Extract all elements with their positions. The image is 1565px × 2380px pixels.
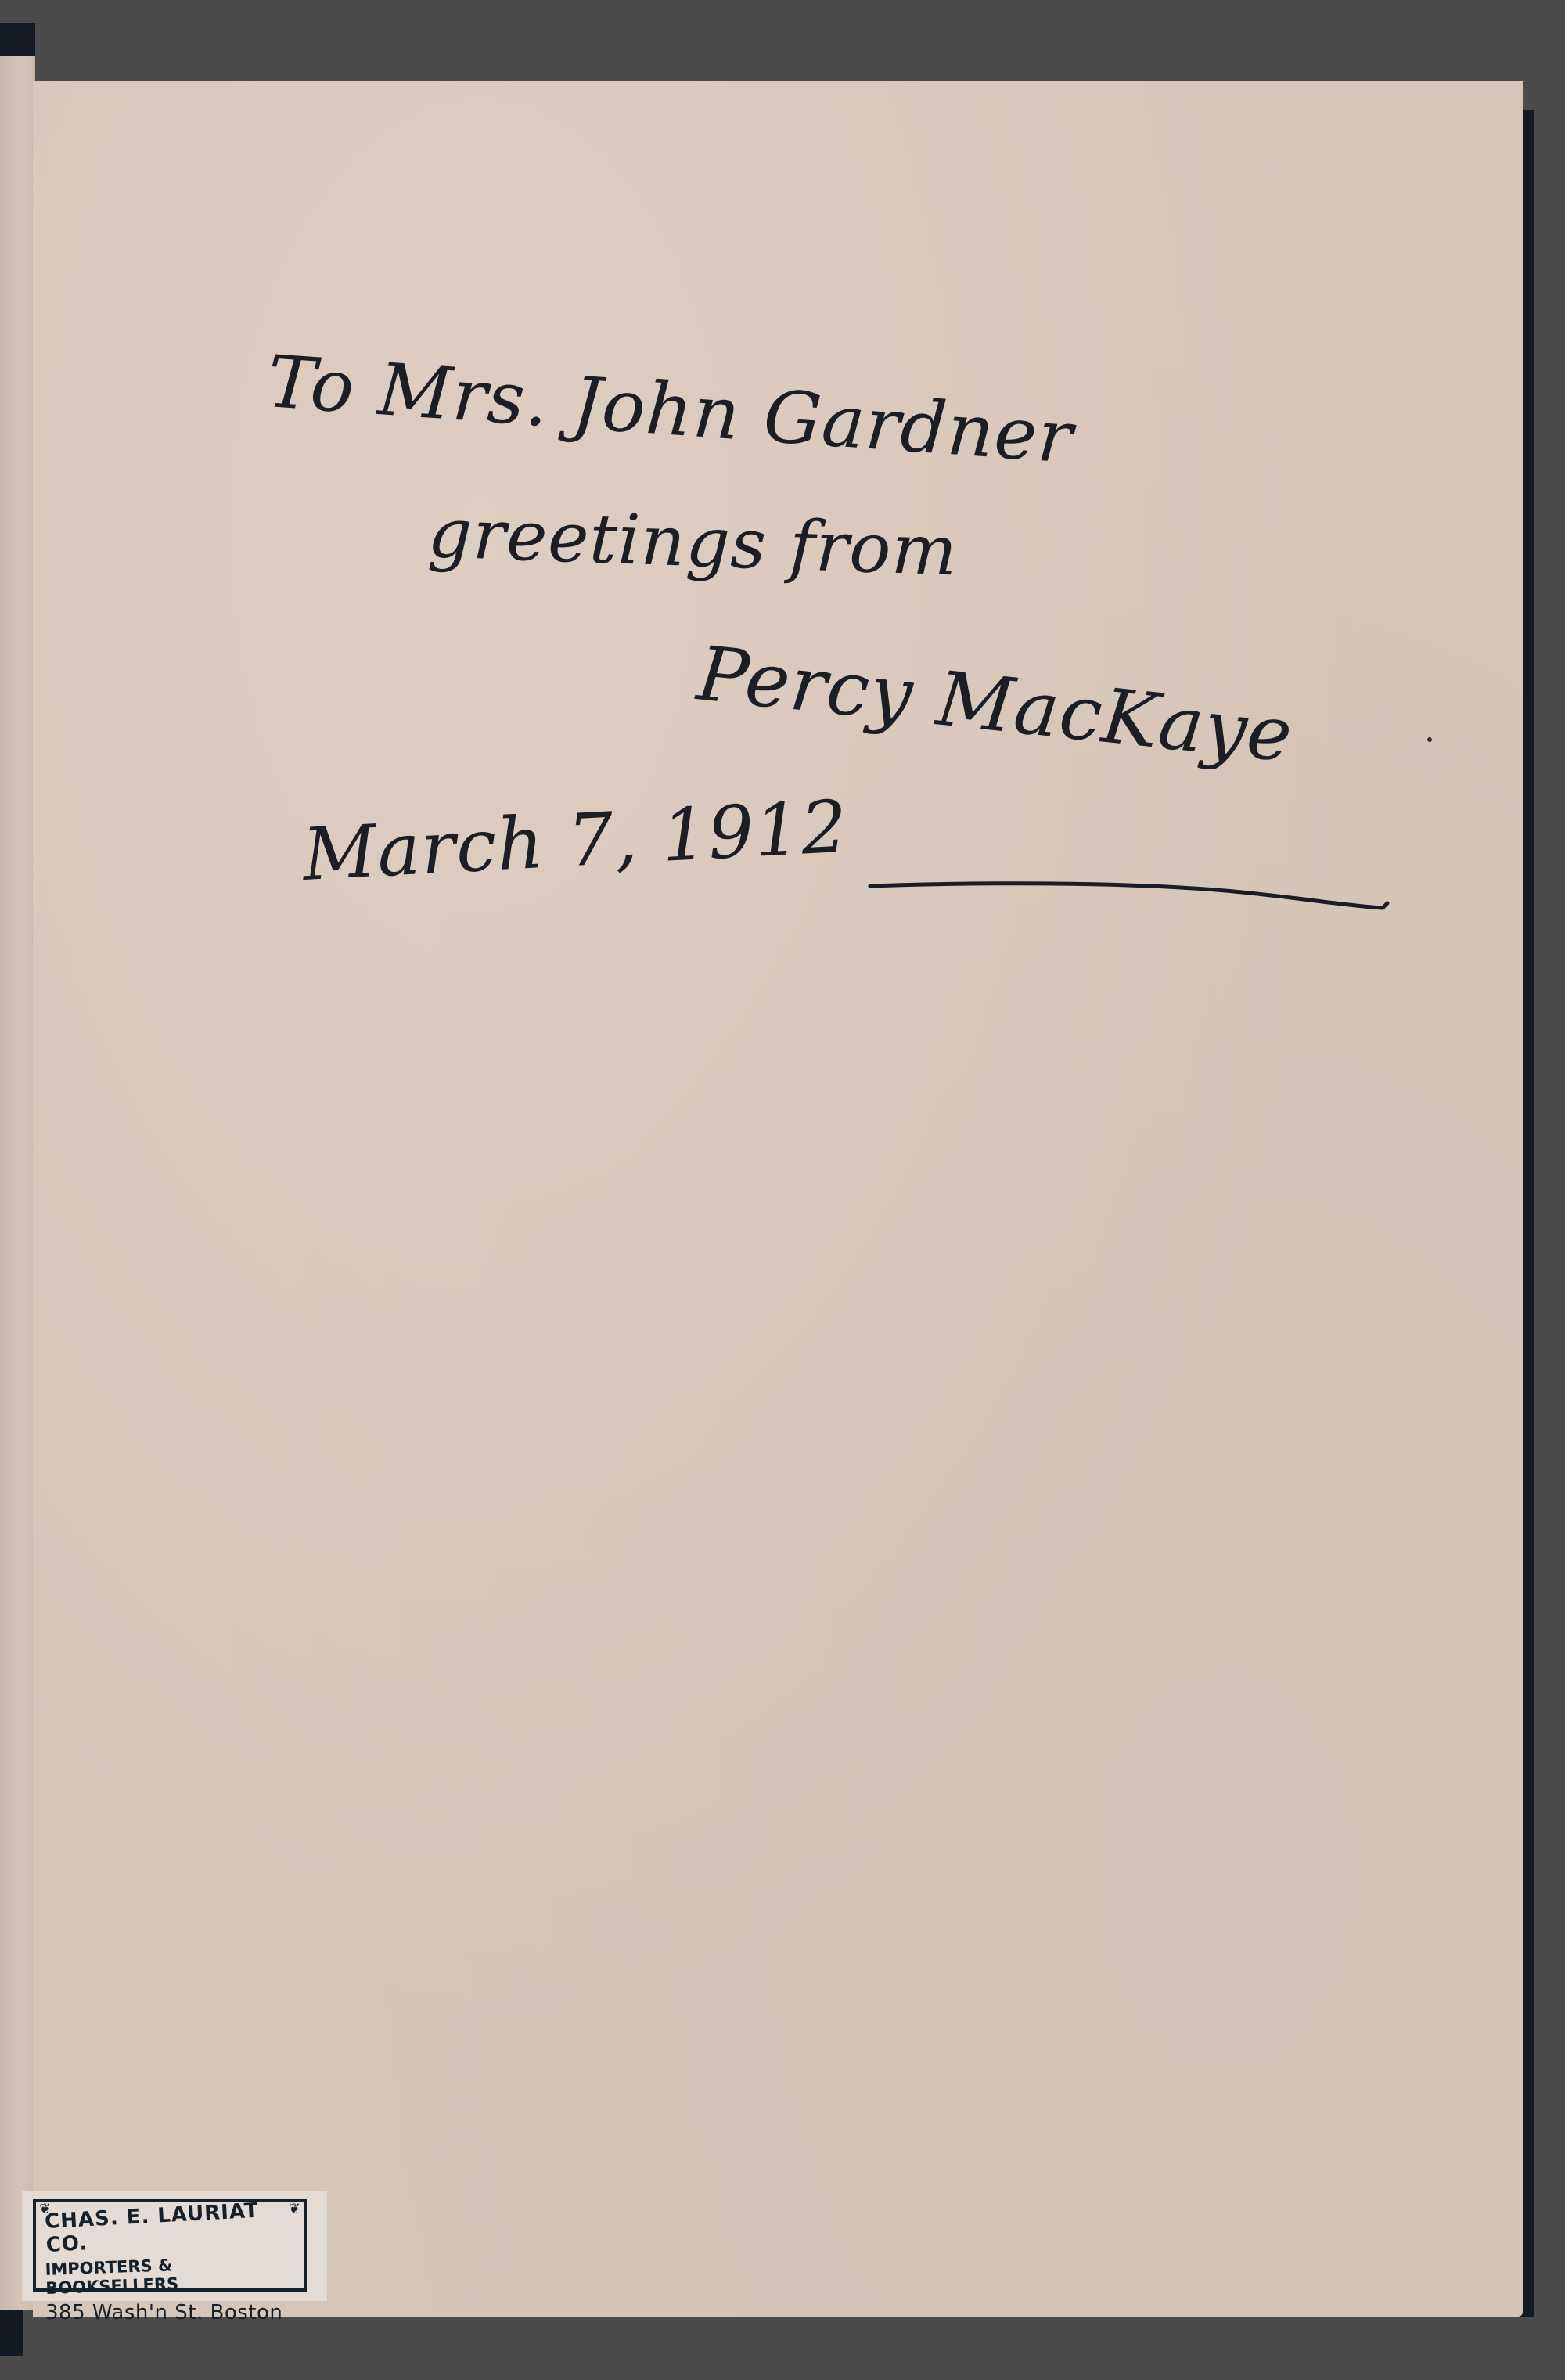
bookseller-address: 385 Wash'n St. Boston	[45, 2301, 297, 2324]
ink-dot	[1427, 737, 1432, 742]
underline-stroke	[866, 872, 1398, 919]
flyleaf-page: To Mrs. John Gardner greetings from Perc…	[33, 81, 1523, 2317]
inscription-date: March 7, 1912	[300, 785, 850, 897]
inscription-greeting: greetings from	[426, 492, 959, 592]
book-cover-edge-bottom	[0, 2309, 23, 2356]
bookseller-name: CHAS. E. LAURIAT CO.	[44, 2197, 298, 2257]
inscription-recipient: To Mrs. John Gardner	[264, 340, 1076, 480]
bookseller-label-frame: ❦ ❦ CHAS. E. LAURIAT CO. IMPORTERS & BOO…	[33, 2199, 307, 2292]
bookseller-label: ❦ ❦ CHAS. E. LAURIAT CO. IMPORTERS & BOO…	[22, 2191, 327, 2301]
bookseller-tagline: IMPORTERS & BOOKSELLERS	[45, 2252, 297, 2298]
inscription-signature: Percy MacKaye	[693, 629, 1297, 779]
page-gutter	[0, 56, 35, 2310]
